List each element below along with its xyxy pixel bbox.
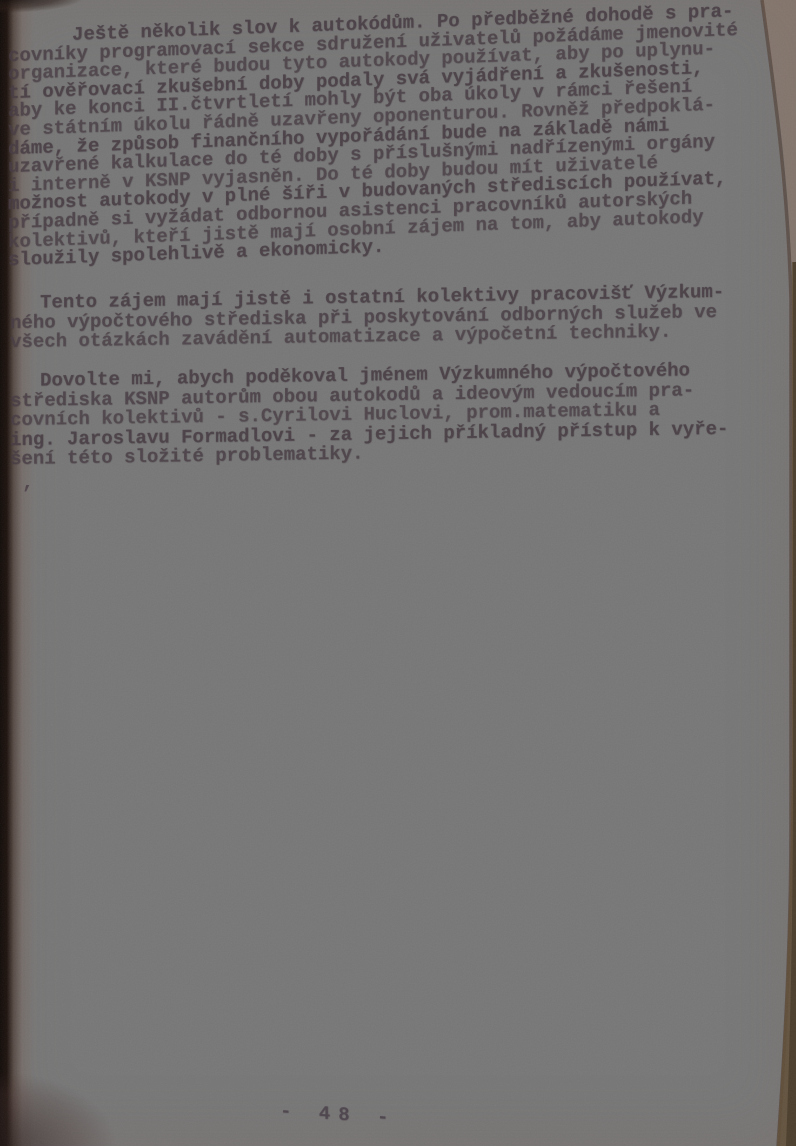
paper-grain-texture bbox=[0, 0, 796, 1146]
scanned-document-page: Ještě několik slov k autokódům. Po předb… bbox=[0, 0, 796, 1146]
